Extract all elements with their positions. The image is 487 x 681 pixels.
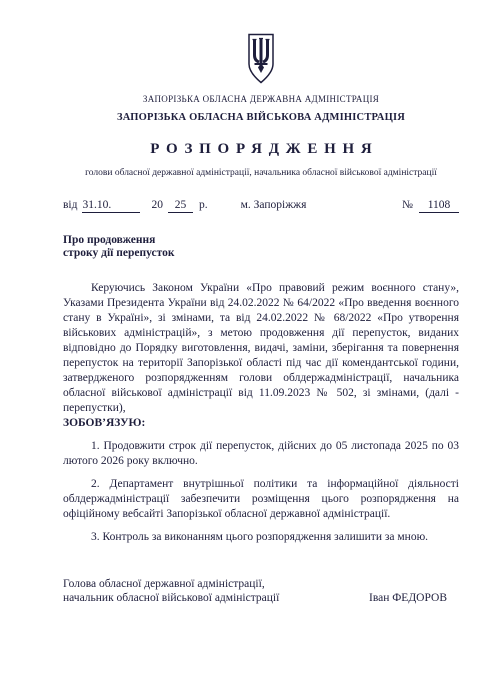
signature-block: Голова обласної державної адміністрації,…	[63, 578, 459, 605]
subject-line-2: строку дії перепусток	[63, 247, 459, 260]
preamble-paragraph: Керуючись Законом України «Про правовий …	[63, 281, 459, 416]
order-item-3: 3. Контроль за виконанням цього розпоряд…	[63, 530, 459, 545]
org-name-state-administration: ЗАПОРІЗЬКА ОБЛАСНА ДЕРЖАВНА АДМІНІСТРАЦІ…	[63, 94, 459, 105]
year-century: 20	[151, 198, 163, 212]
meta-line: від 31.10. 20 25 р. м. Запоріжжя № 1108	[63, 198, 459, 213]
order-item-1: 1. Продовжити строк дії перепусток, дійс…	[63, 439, 459, 469]
subject-heading: Про продовження строку дії перепусток	[63, 234, 459, 260]
city-label: м. Запоріжжя	[241, 198, 307, 212]
org-name-military-administration: ЗАПОРІЗЬКА ОБЛАСНА ВІЙСЬКОВА АДМІНІСТРАЦ…	[63, 111, 459, 124]
signer-position-line-1: Голова обласної державної адміністрації,	[63, 578, 279, 592]
signer-position: Голова обласної державної адміністрації,…	[63, 578, 279, 605]
order-item-2: 2. Департамент внутрішньої політики та і…	[63, 477, 459, 522]
date-value-field: 31.10.	[82, 198, 140, 213]
document-type-title: РОЗПОРЯДЖЕННЯ	[63, 140, 459, 158]
number-label: №	[402, 198, 413, 212]
number-value-field: 1108	[419, 198, 459, 213]
date-from-label: від	[63, 198, 77, 212]
oblige-heading: ЗОБОВ’ЯЗУЮ:	[63, 416, 459, 431]
ukraine-trident-emblem-icon	[246, 31, 276, 87]
year-suffix: р.	[199, 198, 208, 212]
signer-position-line-2: начальник обласної військової адміністра…	[63, 592, 279, 606]
year-value-field: 25	[168, 198, 193, 213]
decree-document-page: ЗАПОРІЗЬКА ОБЛАСНА ДЕРЖАВНА АДМІНІСТРАЦІ…	[0, 0, 487, 681]
document-subtitle: голови обласної державної адміністрації,…	[63, 167, 459, 179]
subject-line-1: Про продовження	[63, 234, 459, 247]
signer-name: Іван ФЕДОРОВ	[369, 592, 459, 606]
